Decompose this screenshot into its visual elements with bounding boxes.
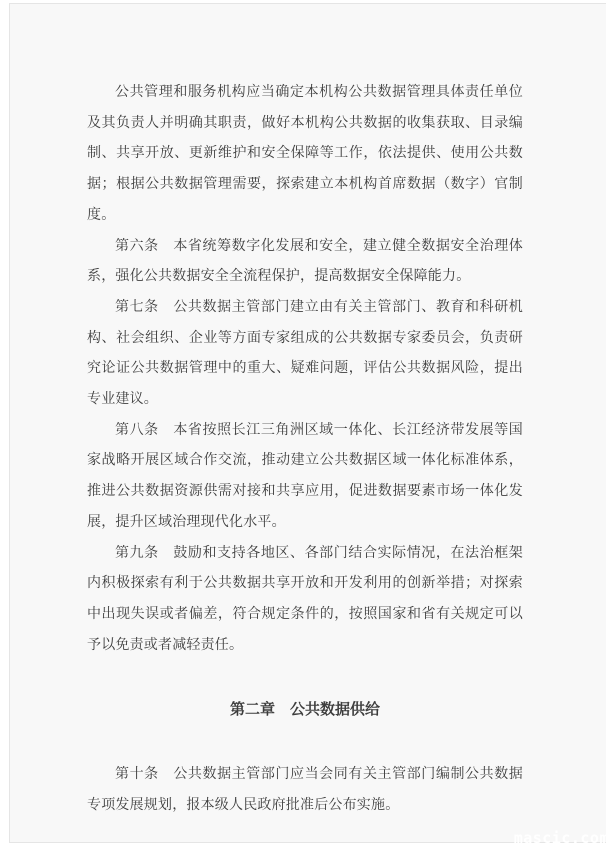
chapter-heading: 第二章 公共数据供给 <box>87 695 523 726</box>
document-paragraph: 第九条 鼓励和支持各地区、各部门结合实际情况，在法治框架内积极探索有利于公共数据… <box>87 537 523 660</box>
document-paragraph: 第十条 公共数据主管部门应当会同有关主管部门编制公共数据专项发展规划，报本级人民… <box>87 758 523 819</box>
document-paragraph: 第八条 本省按照长江三角洲区域一体化、长江经济带发展等国家战略开展区域合作交流，… <box>87 414 523 537</box>
page-background: 公共管理和服务机构应当确定本机构公共数据管理具体责任单位及其负责人并明确其职责，… <box>0 0 606 855</box>
watermark-text: mascic.com <box>514 829 606 847</box>
document-paragraph: 公共管理和服务机构应当确定本机构公共数据管理具体责任单位及其负责人并明确其职责，… <box>87 76 523 230</box>
document-paragraph: 第七条 公共数据主管部门建立由有关主管部门、教育和科研机构、社会组织、企业等方面… <box>87 291 523 414</box>
document-content: 公共管理和服务机构应当确定本机构公共数据管理具体责任单位及其负责人并明确其职责，… <box>10 4 523 819</box>
document-page: 公共管理和服务机构应当确定本机构公共数据管理具体责任单位及其负责人并明确其职责，… <box>9 3 606 843</box>
document-paragraph: 第六条 本省统筹数字化发展和安全，建立健全数据安全治理体系，强化公共数据安全全流… <box>87 230 523 291</box>
